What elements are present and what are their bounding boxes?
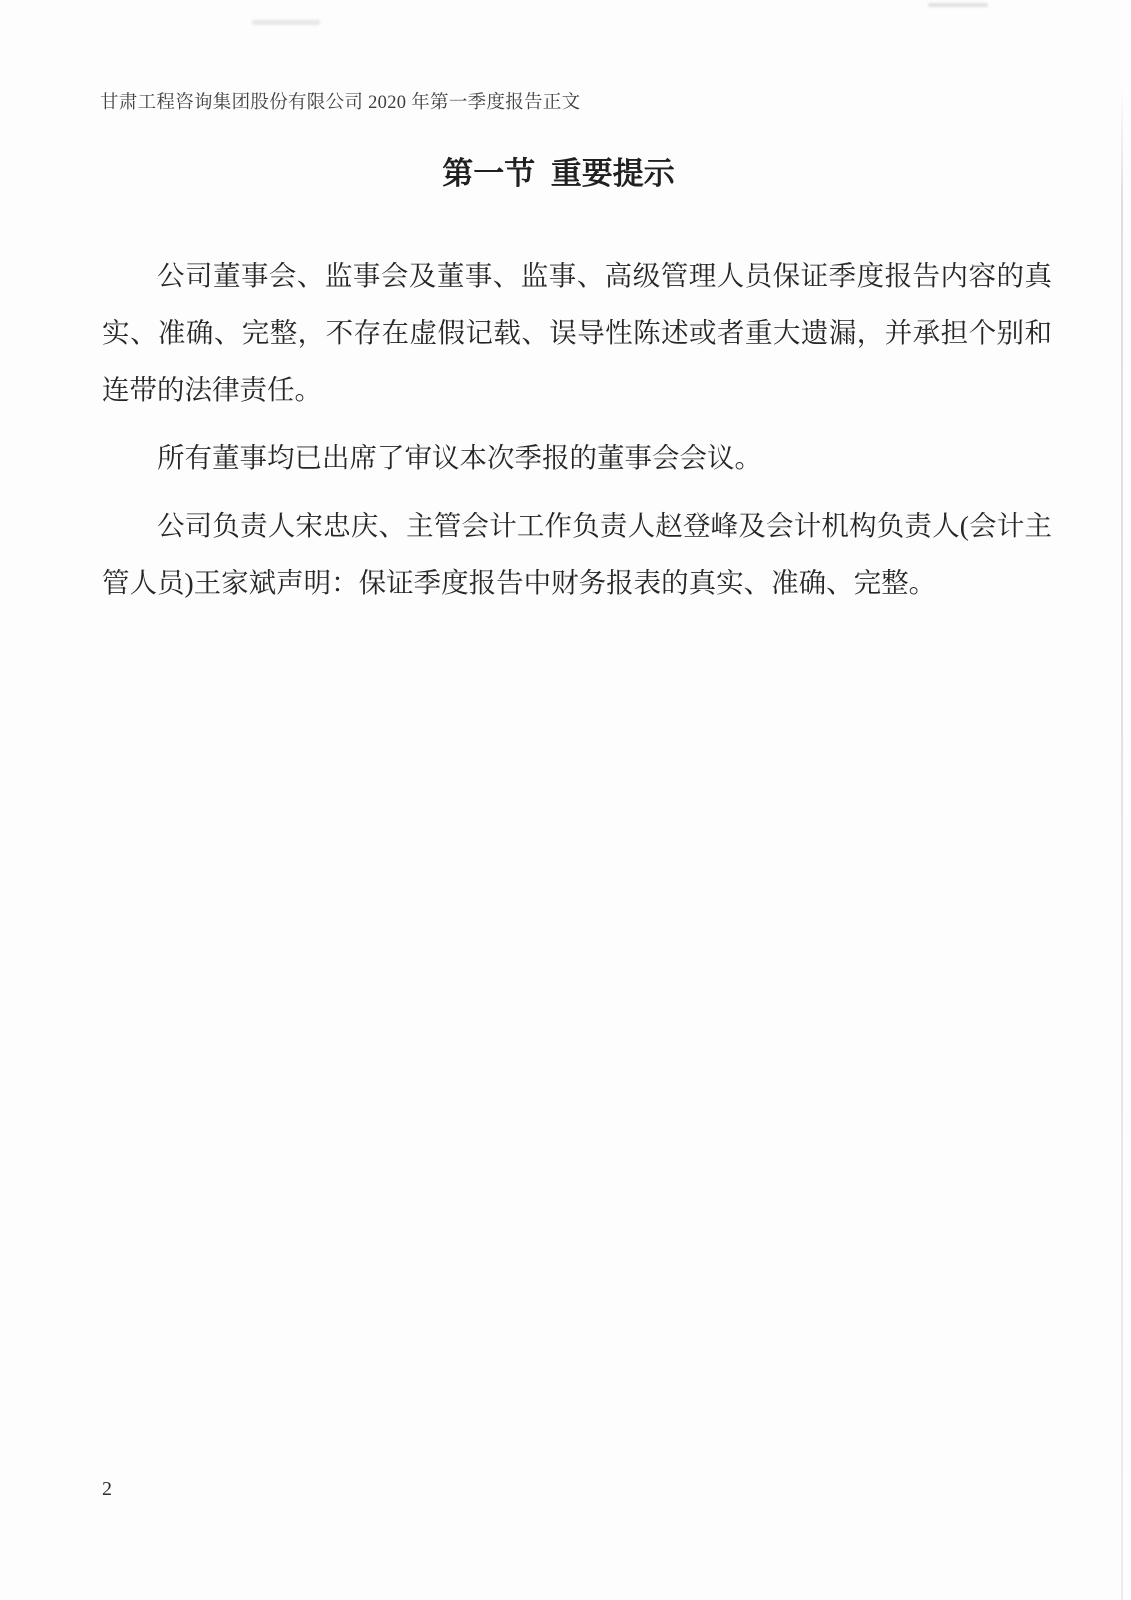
scan-artifact-top-smudge [252,20,320,25]
body-line: 所有董事均已出席了审议本次季报的董事会会议。 [102,429,1052,486]
section-title: 第一节 重要提示 [0,148,1131,193]
document-body: 公司董事会、监事会及董事、监事、高级管理人员保证季度报告内容的真 实、准确、完整… [102,247,1052,611]
scan-artifact-top-smudge [928,3,988,7]
paragraph-2: 所有董事均已出席了审议本次季报的董事会会议。 [102,429,1052,486]
document-page: 甘肃工程咨询集团股份有限公司 2020 年第一季度报告正文 第一节 重要提示 公… [0,0,1131,1600]
document-header: 甘肃工程咨询集团股份有限公司 2020 年第一季度报告正文 [100,88,580,114]
body-line: 管人员)王家斌声明：保证季度报告中财务报表的真实、准确、完整。 [102,554,1052,611]
scan-artifact-right-edge [1121,85,1123,1600]
page-number: 2 [102,1478,112,1501]
body-line: 实、准确、完整，不存在虚假记载、误导性陈述或者重大遗漏，并承担个别和 [102,304,1052,361]
body-line: 公司董事会、监事会及董事、监事、高级管理人员保证季度报告内容的真 [102,247,1052,304]
body-line: 连带的法律责任。 [102,361,1052,418]
body-line: 公司负责人宋忠庆、主管会计工作负责人赵登峰及会计机构负责人(会计主 [102,497,1052,554]
paragraph-3: 公司负责人宋忠庆、主管会计工作负责人赵登峰及会计机构负责人(会计主 管人员)王家… [102,497,1052,611]
paragraph-1: 公司董事会、监事会及董事、监事、高级管理人员保证季度报告内容的真 实、准确、完整… [102,247,1052,418]
